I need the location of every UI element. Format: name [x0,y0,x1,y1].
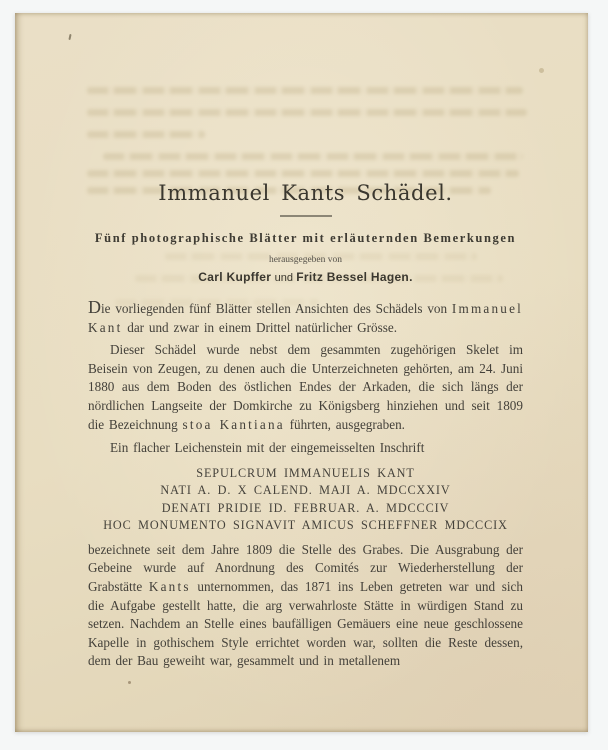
paper-blemish [539,68,544,73]
initial-capital: D [88,297,101,317]
paper-blemish [128,681,131,684]
paragraph-1-end: dar und zwar in einem Drittel natürliche… [122,320,397,335]
authors-line: Carl Kupffer und Fritz Bessel Hagen. [88,270,523,286]
latin-inscription: SEPULCRUM IMMANUELIS KANT NATI A. D. X C… [88,465,523,535]
paragraph-2: Dieser Schädel wurde nebst dem gesammten… [88,341,523,434]
subtitle: Fünf photographische Blätter mit erläute… [88,231,523,246]
scan-backdrop: Immanuel Kants Schädel. Fünf photographi… [0,0,608,750]
paragraph-2-end: führten, ausgegraben. [285,417,405,432]
spaced-term-stoa-kantiana: stoa Kantiana [183,417,285,432]
author-first: Carl Kupffer [198,270,271,284]
inscription-intro: Ein flacher Leichenstein mit der eingeme… [88,439,523,458]
inscription-line: HOC MONUMENTO SIGNAVIT AMICUS SCHEFFNER … [88,517,523,535]
paragraph-1: Die vorliegenden fünf Blätter stellen An… [88,298,523,337]
inscription-line: SEPULCRUM IMMANUELIS KANT [88,465,523,483]
book-page: Immanuel Kants Schädel. Fünf photographi… [15,13,588,732]
page-content: Immanuel Kants Schädel. Fünf photographi… [88,13,523,671]
paragraph-1-text: ie vorliegenden fünf Blätter stellen Ans… [101,301,452,316]
author-conjunction: und [275,272,293,284]
inscription-line: DENATI PRIDIE ID. FEBRUAR. A. MDCCCIV [88,500,523,518]
ink-speck [68,34,71,40]
page-title: Immanuel Kants Schädel. [88,181,523,205]
paragraph-4: bezeichnete seit dem Jahre 1809 die Stel… [88,541,523,671]
byline-prefix: herausgegeben von [88,254,523,266]
author-second: Fritz Bessel Hagen. [296,270,412,284]
spaced-name-kants: Kants [149,579,191,594]
inscription-line: NATI A. D. X CALEND. MAJI A. MDCCXXIV [88,482,523,500]
title-rule [280,215,332,217]
